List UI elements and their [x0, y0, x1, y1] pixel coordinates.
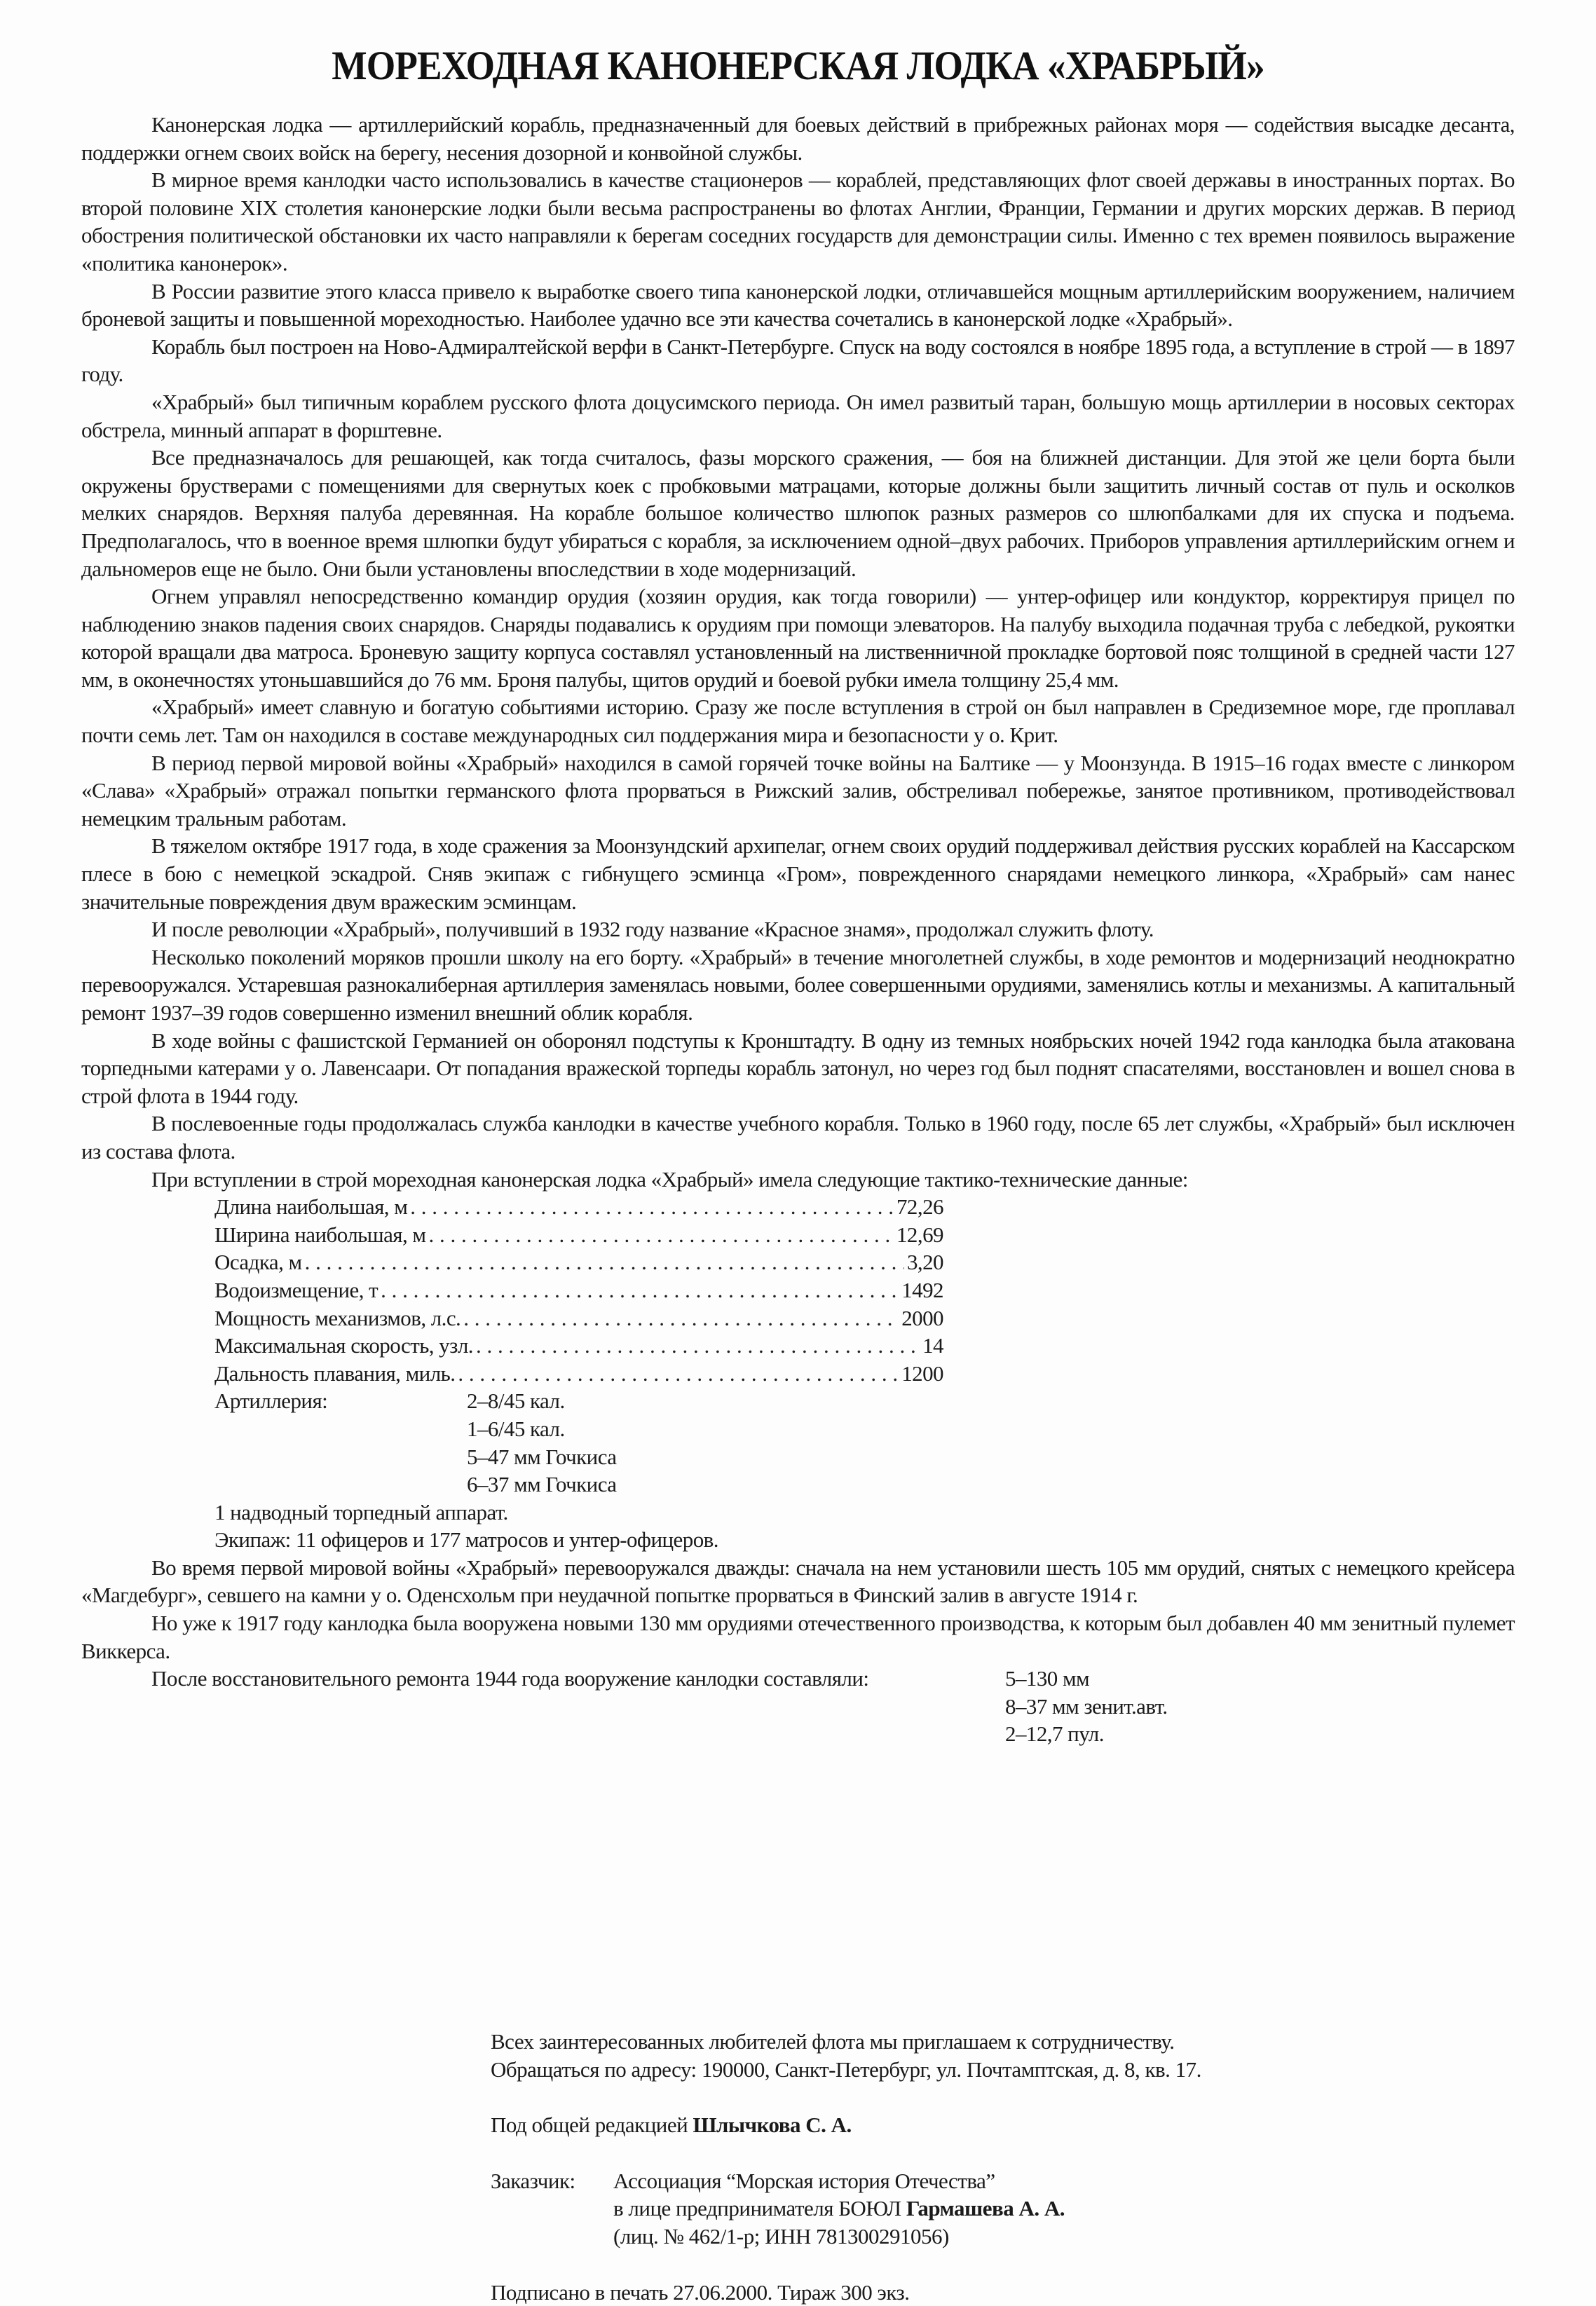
paragraph: В послевоенные годы продолжалась служба … [81, 1110, 1515, 1165]
editor-prefix: Под общей редакцией [491, 2113, 693, 2137]
paragraph: Все предназначалось для решающей, как то… [81, 444, 1515, 582]
spec-value: 12,69 [896, 1221, 943, 1249]
leader-dots [305, 1248, 904, 1276]
leader-dots [410, 1193, 894, 1221]
spec-label: Водоизмещение, т [214, 1276, 378, 1304]
artillery-label: Артиллерия: [214, 1387, 467, 1498]
post-repair-block: После восстановительного ремонта 1944 го… [81, 1665, 1515, 1748]
paragraph: В период первой мировой войны «Храбрый» … [81, 749, 1515, 833]
paragraph: «Храбрый» имеет славную и богатую событи… [81, 693, 1515, 749]
spec-row: Мощность механизмов, л.с. 2000 [214, 1304, 943, 1332]
spec-value: 1200 [901, 1360, 943, 1388]
customer-block: Заказчик: Ассоциация “Морская история От… [491, 2167, 1201, 2251]
armament-item: 8–37 мм зенит.авт. [1005, 1693, 1168, 1721]
paragraph: Во время первой мировой войны «Храбрый» … [81, 1554, 1515, 1609]
spec-row: Осадка, м 3,20 [214, 1248, 943, 1276]
leader-dots [458, 1360, 899, 1388]
spec-value: 2000 [901, 1304, 943, 1332]
specs-intro: При вступлении в строй мореходная каноне… [81, 1166, 1515, 1194]
spec-row: Длина наибольшая, м 72,26 [214, 1193, 943, 1221]
armament-item: 2–12,7 пул. [1005, 1720, 1168, 1748]
leader-dots [476, 1332, 920, 1360]
page-title: МОРЕХОДНАЯ КАНОНЕРСКАЯ ЛОДКА «ХРАБРЫЙ» [64, 42, 1532, 89]
post-repair-list: 5–130 мм 8–37 мм зенит.авт. 2–12,7 пул. [1005, 1665, 1168, 1748]
artillery-item: 5–47 мм Гочкиса [467, 1443, 617, 1471]
paragraph: Несколько поколений моряков прошли школу… [81, 943, 1515, 1027]
customer-line: Ассоциация “Морская история Отечества” [613, 2167, 1065, 2195]
document-page: МОРЕХОДНАЯ КАНОНЕРСКАЯ ЛОДКА «ХРАБРЫЙ» К… [0, 0, 1596, 2306]
license-line: (лиц. № 462/1-р; ИНН 781300291056) [613, 2223, 1065, 2251]
article-body: Канонерская лодка — артиллерийский кораб… [81, 111, 1515, 1748]
paragraph: «Храбрый» был типичным кораблем русского… [81, 388, 1515, 444]
leader-dots [428, 1221, 894, 1249]
post-repair-text: После восстановительного ремонта 1944 го… [81, 1665, 1005, 1748]
spec-row: Максимальная скорость, узл. 14 [214, 1332, 943, 1360]
spec-row: Дальность плавания, миль. 1200 [214, 1360, 943, 1388]
customer-line: в лице предпринимателя БОЮЛ Гармашева А.… [613, 2195, 1065, 2223]
paragraph: Канонерская лодка — артиллерийский кораб… [81, 111, 1515, 166]
paragraph: В ходе войны с фашистской Германией он о… [81, 1027, 1515, 1110]
spec-row: Ширина наибольшая, м 12,69 [214, 1221, 943, 1249]
artillery-item: 6–37 мм Гочкиса [467, 1471, 617, 1499]
artillery-item: 2–8/45 кал. [467, 1387, 617, 1415]
print-info: Подписано в печать 27.06.2000. Тираж 300… [491, 2279, 1201, 2306]
customer-label: Заказчик: [491, 2167, 613, 2251]
paragraph: Огнем управлял непосредственно командир … [81, 582, 1515, 693]
paragraph: В России развитие этого класса привело к… [81, 278, 1515, 333]
spec-value: 3,20 [907, 1248, 943, 1276]
crew-line: Экипаж: 11 офицеров и 177 матросов и унт… [214, 1526, 1515, 1554]
leader-dots [463, 1304, 899, 1332]
artillery-block: Артиллерия: 2–8/45 кал. 1–6/45 кал. 5–47… [214, 1387, 1515, 1498]
editor-name: Шлычкова С. А. [693, 2113, 851, 2137]
customer-name: Гармашева А. А. [906, 2196, 1065, 2220]
invite-text: Всех заинтересованных любителей флота мы… [491, 2028, 1201, 2056]
spec-value: 1492 [901, 1276, 943, 1304]
torpedo-line: 1 надводный торпедный аппарат. [214, 1499, 1515, 1527]
paragraph: Корабль был построен на Ново-Адмиралтейс… [81, 333, 1515, 388]
imprint-footer: Всех заинтересованных любителей флота мы… [491, 2028, 1201, 2306]
leader-dots [381, 1276, 899, 1304]
address-text: Обращаться по адресу: 190000, Санкт-Пете… [491, 2056, 1201, 2084]
artillery-list: 2–8/45 кал. 1–6/45 кал. 5–47 мм Гочкиса … [467, 1387, 617, 1498]
spec-row: Водоизмещение, т 1492 [214, 1276, 943, 1304]
spec-value: 14 [922, 1332, 943, 1360]
customer-prefix: в лице предпринимателя БОЮЛ [613, 2196, 906, 2220]
paragraph: И после революции «Храбрый», получивший … [81, 915, 1515, 943]
spec-label: Максимальная скорость, узл. [214, 1332, 473, 1360]
specs-table: Длина наибольшая, м 72,26 Ширина наиболь… [214, 1193, 943, 1387]
spec-label: Длина наибольшая, м [214, 1193, 407, 1221]
paragraph: В мирное время канлодки часто использова… [81, 166, 1515, 277]
spec-label: Дальность плавания, миль. [214, 1360, 455, 1388]
armament-item: 5–130 мм [1005, 1665, 1168, 1693]
paragraph: В тяжелом октябре 1917 года, в ходе сраж… [81, 832, 1515, 915]
spec-label: Осадка, м [214, 1248, 302, 1276]
editor-line: Под общей редакцией Шлычкова С. А. [491, 2111, 1201, 2139]
artillery-item: 1–6/45 кал. [467, 1415, 617, 1443]
spec-label: Мощность механизмов, л.с. [214, 1304, 461, 1332]
spec-value: 72,26 [896, 1193, 943, 1221]
paragraph: Но уже к 1917 году канлодка была вооруже… [81, 1609, 1515, 1665]
spec-label: Ширина наибольшая, м [214, 1221, 425, 1249]
